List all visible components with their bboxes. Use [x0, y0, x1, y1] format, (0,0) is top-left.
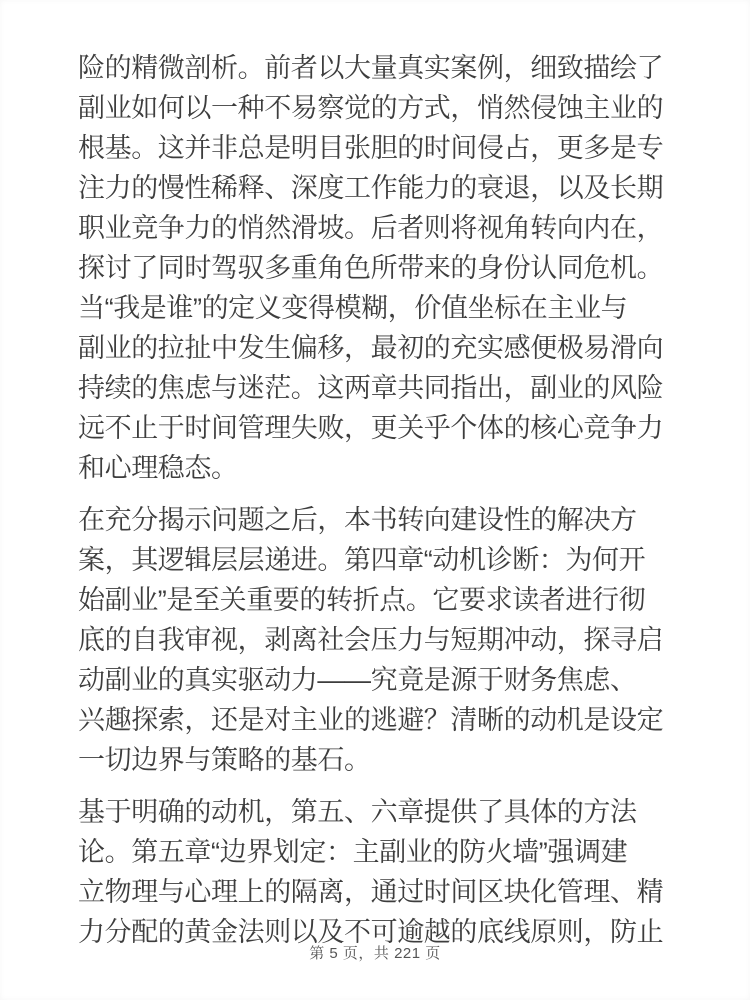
text-line: 持续的焦虑与迷茫。这两章共同指出，副业的风险 — [78, 368, 674, 408]
page-text-block: 险的精微剖析。前者以大量真实案例，细致描绘了副业如何以一种不易察觉的方式，悄然侵… — [78, 48, 674, 964]
text-line: 注力的慢性稀释、深度工作能力的衰退，以及长期 — [78, 168, 674, 208]
text-line: 副业的拉扯中发生偏移，最初的充实感便极易滑向 — [78, 328, 674, 368]
document-page: 险的精微剖析。前者以大量真实案例，细致描绘了副业如何以一种不易察觉的方式，悄然侵… — [0, 0, 750, 1000]
paragraph: 在充分揭示问题之后，本书转向建设性的解决方案，其逻辑层层递进。第四章“动机诊断：… — [78, 500, 674, 780]
text-line: 险的精微剖析。前者以大量真实案例，细致描绘了 — [78, 48, 674, 88]
text-line: 副业如何以一种不易察觉的方式，悄然侵蚀主业的 — [78, 88, 674, 128]
page-number-indicator: 第 5 页，共 221 页 — [0, 944, 750, 964]
text-line: 动副业的真实驱动力——究竟是源于财务焦虑、 — [78, 660, 674, 700]
text-line: 立物理与心理上的隔离，通过时间区块化管理、精 — [78, 872, 674, 912]
text-line: 根基。这并非总是明目张胆的时间侵占，更多是专 — [78, 128, 674, 168]
text-line: 论。第五章“边界划定：主副业的防火墙”强调建 — [78, 832, 674, 872]
text-line: 探讨了同时驾驭多重角色所带来的身份认同危机。 — [78, 248, 674, 288]
text-line: 底的自我审视，剥离社会压力与短期冲动，探寻启 — [78, 620, 674, 660]
text-line: 始副业”是至关重要的转折点。它要求读者进行彻 — [78, 580, 674, 620]
text-line: 职业竞争力的悄然滑坡。后者则将视角转向内在， — [78, 208, 674, 248]
text-line: 在充分揭示问题之后，本书转向建设性的解决方 — [78, 500, 674, 540]
text-line: 案，其逻辑层层递进。第四章“动机诊断：为何开 — [78, 540, 674, 580]
paragraph: 基于明确的动机，第五、六章提供了具体的方法论。第五章“边界划定：主副业的防火墙”… — [78, 792, 674, 952]
text-line: 兴趣探索，还是对主业的逃避？清晰的动机是设定 — [78, 700, 674, 740]
text-line: 和心理稳态。 — [78, 448, 674, 488]
text-line: 远不止于时间管理失败，更关乎个体的核心竞争力 — [78, 408, 674, 448]
text-line: 当“我是谁”的定义变得模糊，价值坐标在主业与 — [78, 288, 674, 328]
text-line: 基于明确的动机，第五、六章提供了具体的方法 — [78, 792, 674, 832]
paragraph: 险的精微剖析。前者以大量真实案例，细致描绘了副业如何以一种不易察觉的方式，悄然侵… — [78, 48, 674, 488]
text-line: 一切边界与策略的基石。 — [78, 740, 674, 780]
